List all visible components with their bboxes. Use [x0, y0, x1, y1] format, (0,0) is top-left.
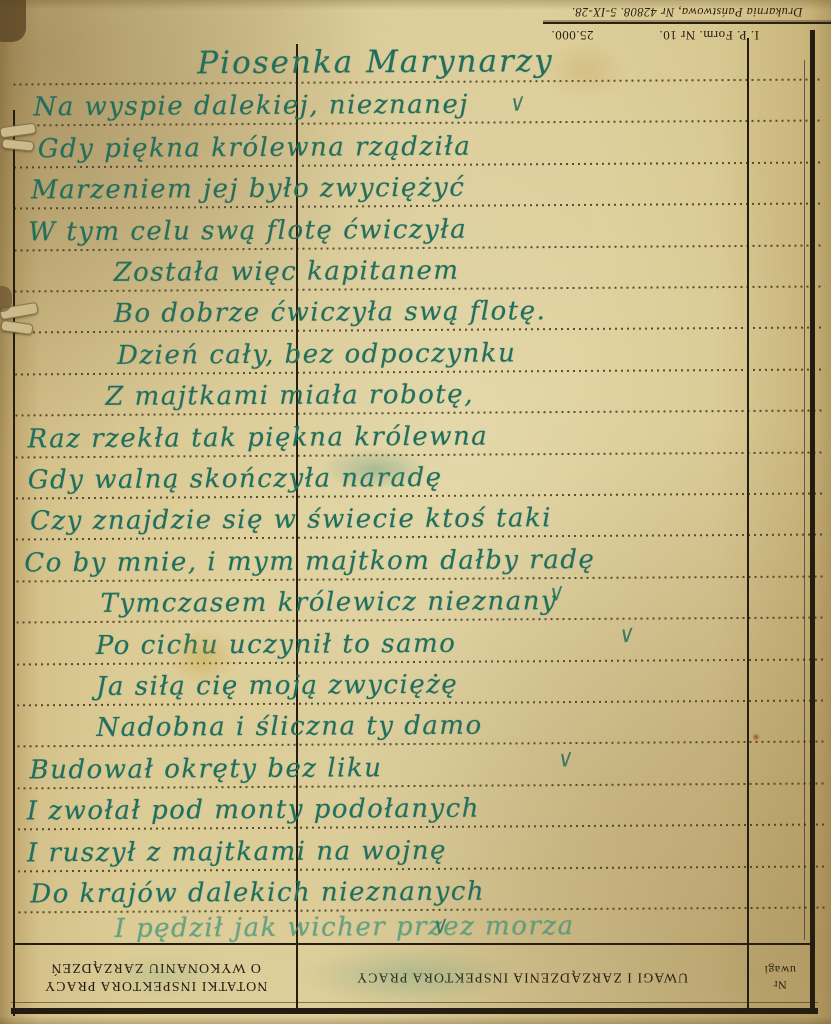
torn-corner — [0, 0, 26, 42]
handwritten-line: Do krajów dalekich nieznanych — [30, 877, 485, 910]
handwritten-line: Budował okręty bez liku — [29, 753, 382, 785]
handwritten-line: I ruszył z majtkami na wojnę — [27, 836, 447, 869]
song-title: Piosenka Marynarzy — [197, 43, 554, 81]
pen-flourish: ∨ — [556, 745, 574, 775]
handwritten-line: Została więc kapitanem — [113, 256, 459, 288]
handwritten-song: Piosenka MarynarzyNa wyspie dalekiej, ni… — [0, 0, 831, 1024]
pen-flourish: ∨ — [547, 579, 565, 609]
handwritten-line: I zwołał pod monty podołanych — [27, 794, 480, 827]
handwritten-line: Gdy piękna królewna rządziła — [38, 132, 472, 165]
handwritten-line: I pędził jak wicher przez morza — [114, 911, 574, 944]
handwritten-line: Tymczasem królewicz nieznany — [100, 586, 557, 619]
handwritten-line: Raz rzekła tak piękna królewna — [27, 422, 488, 455]
handwritten-line: Z majtkami miała robotę, — [105, 380, 474, 412]
handwritten-line: Marzeniem jej było zwyciężyć — [31, 173, 465, 206]
handwritten-line: Gdy walną skończyła naradę — [28, 463, 443, 496]
scanned-page: I. P. Form. Nr 10. 25.000. Drukarnia Pań… — [0, 0, 831, 1024]
pen-flourish: ∨ — [508, 89, 526, 119]
handwritten-line: Nadobna i śliczna ty damo — [96, 711, 483, 743]
handwritten-line: Dzień cały, bez odpoczynku — [117, 338, 516, 370]
handwritten-line: Na wyspie dalekiej, nieznanej — [33, 90, 469, 123]
handwritten-line: Bo dobrze ćwiczyła swą flotę. — [114, 296, 547, 329]
handwritten-line: Co by mnie, i mym majtkom dałby radę — [24, 545, 595, 578]
pen-flourish: ∨ — [431, 912, 449, 942]
handwritten-line: Czy znajdzie się w świecie ktoś taki — [30, 503, 552, 536]
handwritten-line: Ja siłą cię moją zwyciężę — [96, 670, 458, 702]
pen-flourish: ∨ — [618, 620, 636, 650]
handwritten-line: Po cichu uczynił to samo — [96, 629, 457, 661]
handwritten-line: W tym celu swą flotę ćwiczyła — [28, 215, 467, 248]
